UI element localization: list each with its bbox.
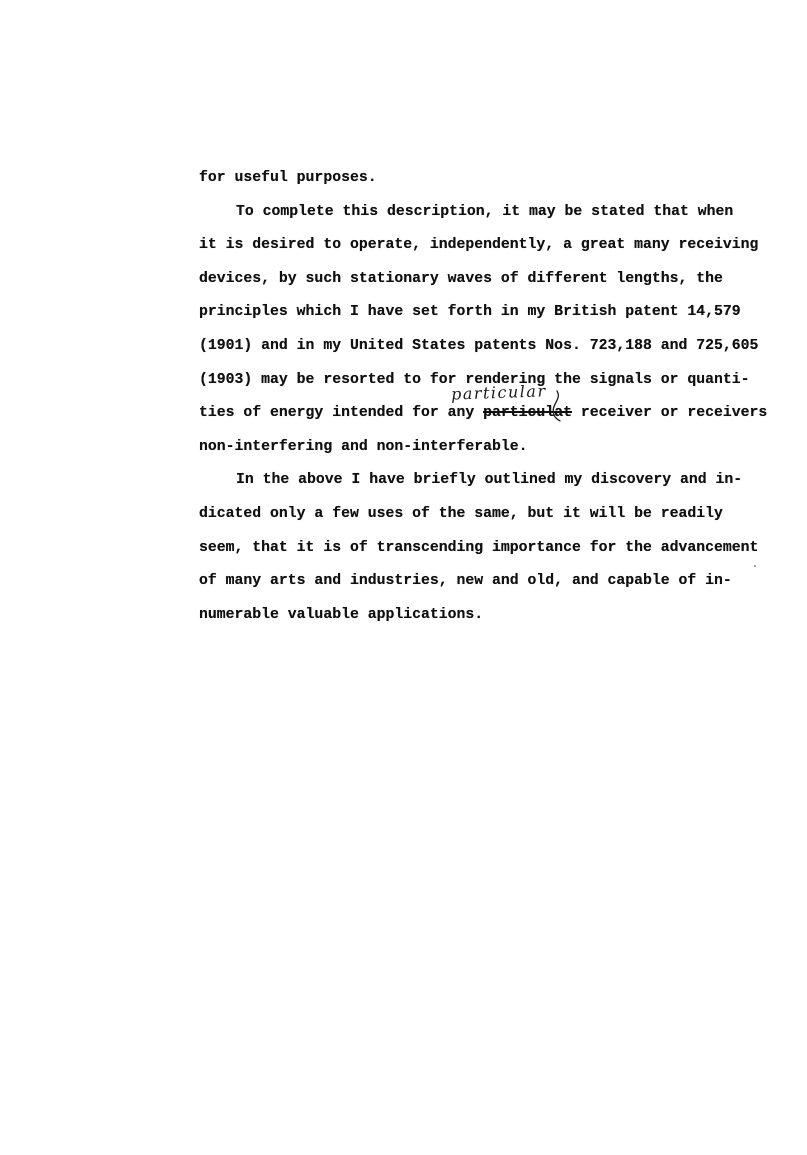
manuscript-page: for useful purposes.To complete this des… — [0, 0, 807, 1155]
handwritten-annotation: particular — [451, 381, 547, 403]
annotation-word: particular — [451, 381, 547, 403]
text-line: To complete this description, it may be … — [199, 196, 784, 230]
text-line: numerable valuable applications. — [199, 599, 784, 633]
text-line: non-interfering and non-interferable. — [199, 431, 784, 465]
text-line: principles which I have set forth in my … — [199, 296, 784, 330]
annotation-caret-stroke — [542, 388, 563, 425]
line-segment: ties of energy intended for any — [199, 405, 483, 421]
text-line: In the above I have briefly outlined my … — [199, 464, 784, 498]
line-segment: receiver or receivers — [572, 405, 767, 421]
text-line: it is desired to operate, independently,… — [199, 229, 784, 263]
text-line: seem, that it is of transcending importa… — [199, 532, 784, 566]
text-line: devices, by such stationary waves of dif… — [199, 263, 784, 297]
text-line: of many arts and industries, new and old… — [199, 565, 784, 599]
ink-speck — [754, 565, 756, 567]
text-line: for useful purposes. — [199, 162, 784, 196]
text-line: (1901) and in my United States patents N… — [199, 330, 784, 364]
text-line: dicated only a few uses of the same, but… — [199, 498, 784, 532]
